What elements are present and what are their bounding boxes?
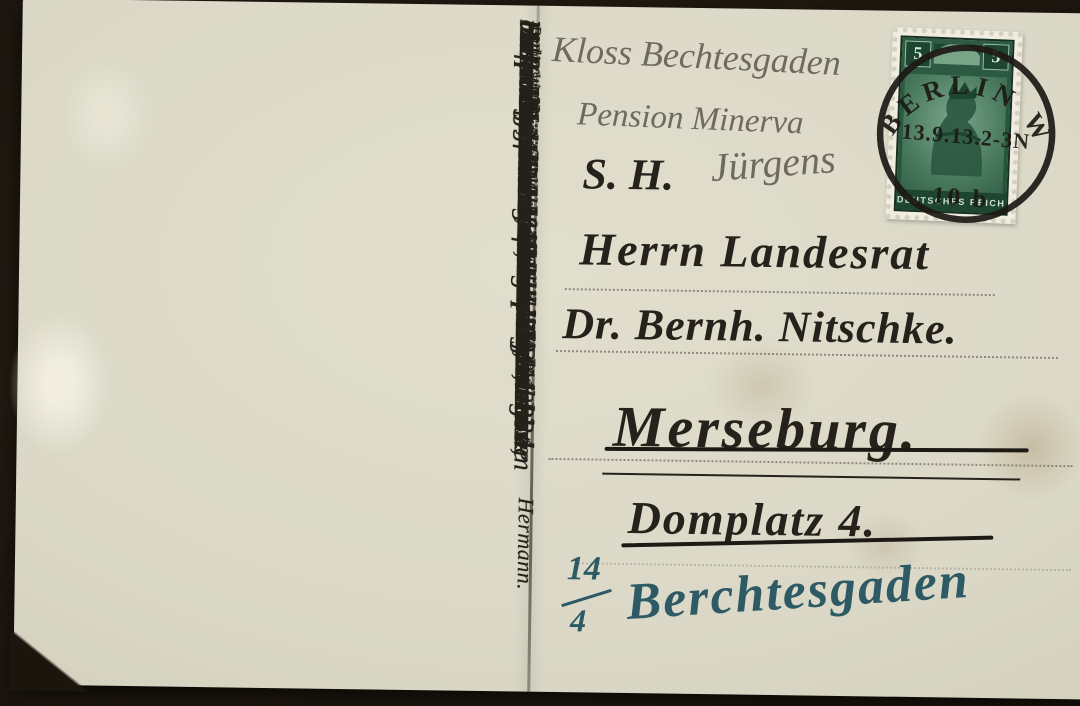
address-city-struck: Merseburg. — [612, 393, 918, 464]
postmark-cancellation: BERLIN W 13.9.13.2-3N 10 b — [855, 31, 1076, 238]
city-underline — [602, 473, 1020, 481]
salutation-pencil: Jürgens — [709, 135, 837, 191]
postmark-district: 10 b — [931, 182, 990, 214]
address-name-line: Dr. Bernh. Nitschke. — [562, 298, 958, 355]
photo-backdrop: Berlin. 13.9.13. Lieber Bernhard! Wo woh… — [0, 0, 1080, 706]
fraction-bar — [561, 589, 612, 607]
dotted-address-line — [565, 288, 995, 296]
salutation-ink: S. H. — [582, 148, 674, 200]
pencil-note-line1: Kloss Bechtesgaden — [551, 28, 842, 84]
bottom-left-corner-shadow — [9, 594, 140, 692]
message-handwriting: Berlin. 13.9.13. Lieber Bernhard! Wo woh… — [23, 13, 544, 684]
sender-address-line: Lutherstr. 33. — [523, 20, 544, 119]
forward-date-fraction: 14 4 — [560, 550, 625, 651]
address-title-line: Herrn Landesrat — [579, 222, 930, 280]
postcard: Berlin. 13.9.13. Lieber Bernhard! Wo woh… — [13, 0, 1080, 699]
postmark-datetime: 13.9.13.2-3N — [901, 118, 1031, 154]
fraction-denominator: 4 — [570, 602, 587, 639]
pencil-note-line2: Pension Minerva — [577, 96, 805, 142]
fraction-numerator: 14 — [567, 550, 602, 588]
